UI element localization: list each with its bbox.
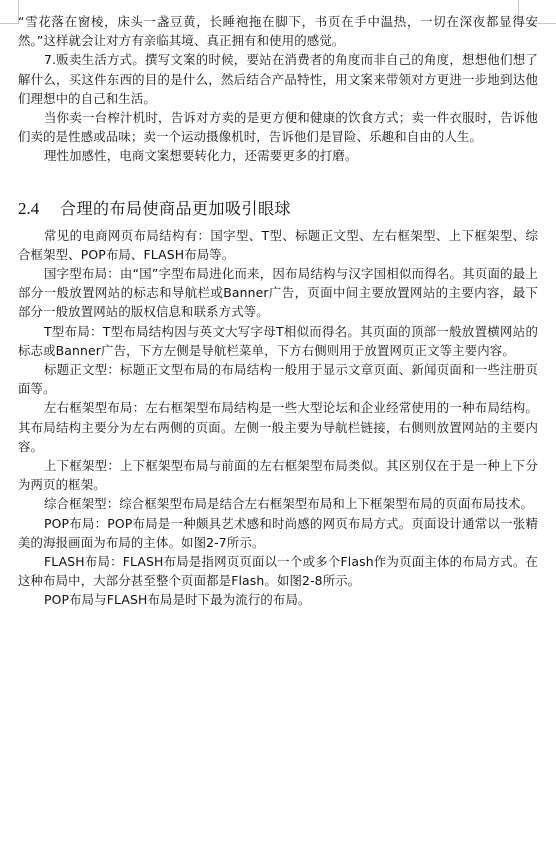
paragraph-top-bottom-frame: 上下框架型：上下框架型布局与前面的左右框架型布局类似。其区别仅在于是一种上下分为… bbox=[18, 456, 538, 494]
section-title: 合理的布局使商品更加吸引眼球 bbox=[60, 198, 291, 220]
paragraph-guo-layout: 国字型布局：由“国”字型布局进化而来，因布局结构与汉字国相似而得名。其页面的最上… bbox=[18, 264, 538, 322]
paragraph-rational-emotional: 理性加感性，电商文案想要转化力，还需要更多的打磨。 bbox=[18, 146, 538, 165]
paragraph-sell-lifestyle: 7.贩卖生活方式。撰写文案的时候，要站在消费者的角度而非自己的角度，想想他们想了… bbox=[18, 50, 538, 108]
paragraph-combined-frame: 综合框架型：综合框架型布局是结合左右框架型布局和上下框架型布局的页面布局技术。 bbox=[18, 494, 538, 513]
paragraph-flash-layout: FLASH布局：FLASH布局是指网页页面以一个或多个Flash作为页面主体的布… bbox=[18, 552, 538, 590]
paragraph-quote: “雪花落在窗棱，床头一盏豆黄，长睡袍拖在脚下，书页在手中温热，一切在深夜都显得安… bbox=[18, 12, 538, 50]
section-number: 2.4 bbox=[18, 198, 60, 220]
blank-line bbox=[18, 166, 538, 188]
paragraph-popular-layouts: POP布局与FLASH布局是时下最为流行的布局。 bbox=[18, 590, 538, 609]
paragraph-pop-layout: POP布局：POP布局是一种颇具艺术感和时尚感的网页布局方式。页面设计通常以一张… bbox=[18, 514, 538, 552]
crop-mark-top-left bbox=[0, 0, 19, 24]
paragraph-t-layout: T型布局：T型布局结构因与英文大写字母T相似而得名。其页面的顶部一般放置横网站的… bbox=[18, 322, 538, 360]
section-heading: 2.4 合理的布局使商品更加吸引眼球 bbox=[18, 198, 538, 220]
document-page: “雪花落在窗棱，床头一盏豆黄，长睡袍拖在脚下，书页在手中温热，一切在深夜都显得安… bbox=[18, 12, 538, 610]
paragraph-layout-types: 常见的电商网页布局结构有：国字型、T型、标题正文型、左右框架型、上下框架型、综合… bbox=[18, 226, 538, 264]
paragraph-left-right-frame: 左右框架型布局：左右框架型布局结构是一些大型论坛和企业经常使用的一种布局结构。其… bbox=[18, 398, 538, 456]
paragraph-juicer-example: 当你卖一台榨汁机时，告诉对方卖的是更方便和健康的饮食方式；卖一件衣服时，告诉他们… bbox=[18, 108, 538, 146]
paragraph-title-body-layout: 标题正文型：标题正文型布局的布局结构一般用于显示文章页面、新闻页面和一些注册页面… bbox=[18, 360, 538, 398]
